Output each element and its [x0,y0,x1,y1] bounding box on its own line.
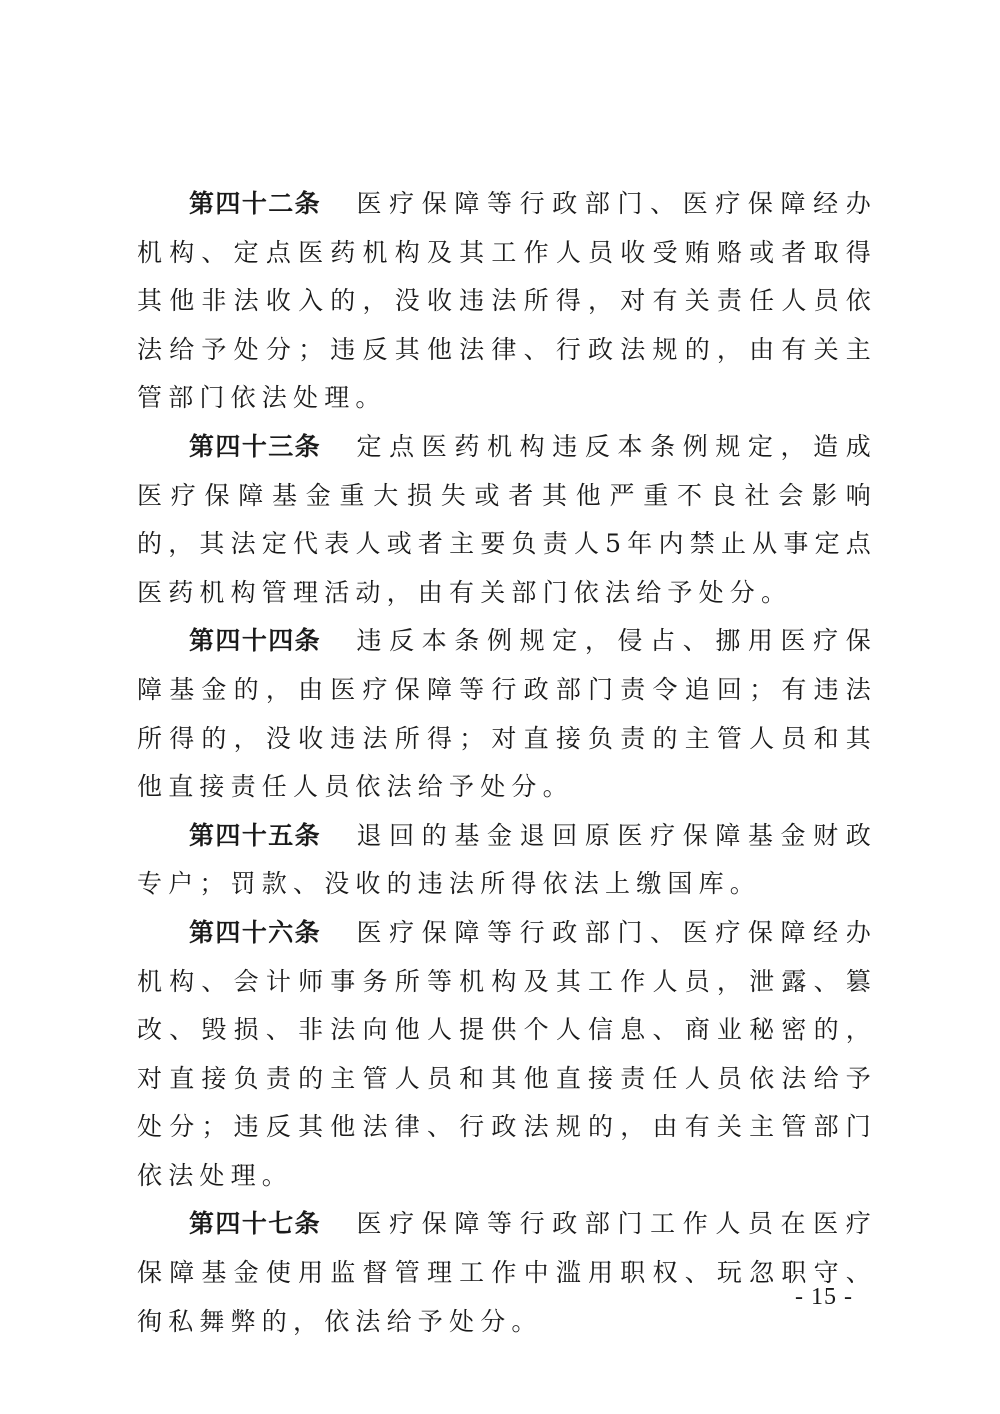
article-heading: 第四十二条 [189,189,321,218]
article-47: 第四十七条医疗保障等行政部门工作人员在医疗保障基金使用监督管理工作中滥用职权、玩… [137,1200,877,1346]
page-number: - 15 - [795,1284,853,1311]
article-43: 第四十三条定点医药机构违反本条例规定，造成医疗保障基金重大损失或者其他严重不良社… [137,423,877,617]
article-heading: 第四十七条 [189,1209,321,1238]
document-page: 第四十二条医疗保障等行政部门、医疗保障经办机构、定点医药机构及其工作人员收受贿赂… [137,180,877,1346]
article-42: 第四十二条医疗保障等行政部门、医疗保障经办机构、定点医药机构及其工作人员收受贿赂… [137,180,877,423]
article-46: 第四十六条医疗保障等行政部门、医疗保障经办机构、会计师事务所等机构及其工作人员，… [137,909,877,1201]
article-body: 医疗保障等行政部门、医疗保障经办机构、定点医药机构及其工作人员收受贿赂或者取得其… [137,189,877,412]
article-heading: 第四十五条 [189,821,321,850]
article-heading: 第四十三条 [189,432,321,461]
article-heading: 第四十六条 [189,918,321,947]
article-heading: 第四十四条 [189,626,321,655]
article-44: 第四十四条违反本条例规定，侵占、挪用医疗保障基金的，由医疗保障等行政部门责令追回… [137,617,877,811]
article-45: 第四十五条退回的基金退回原医疗保障基金财政专户；罚款、没收的违法所得依法上缴国库… [137,812,877,909]
article-body: 医疗保障等行政部门、医疗保障经办机构、会计师事务所等机构及其工作人员，泄露、篡改… [137,918,877,1190]
